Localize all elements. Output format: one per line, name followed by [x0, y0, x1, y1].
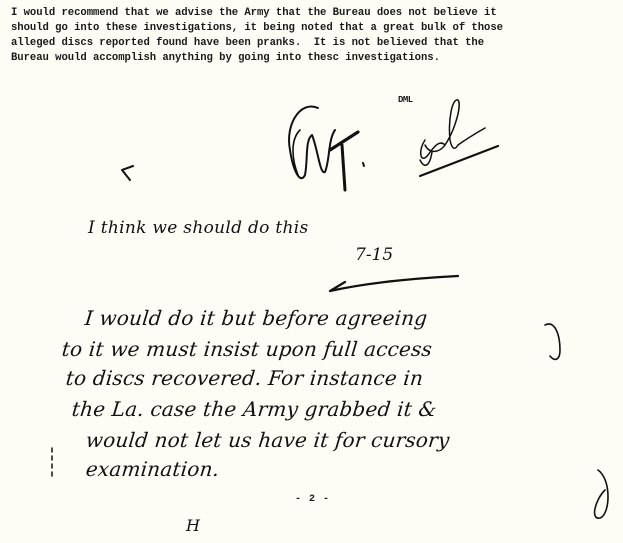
bottom-initial-mark: H [186, 516, 200, 535]
handwritten-note-think: I think we should do this [88, 218, 309, 238]
arrow-icon [330, 276, 458, 291]
handwritten-line: examination. [85, 457, 221, 481]
typed-line: alleged discs reported found have been p… [11, 36, 621, 51]
typed-initials-dml: DML [398, 95, 413, 105]
document-page: I would recommend that we advise the Arm… [0, 0, 623, 543]
handwritten-line: I would do it but before agreeing [84, 306, 429, 330]
typed-line: I would recommend that we advise the Arm… [11, 6, 621, 21]
typed-memo-paragraph: I would recommend that we advise the Arm… [11, 6, 621, 66]
handwritten-line: the La. case the Army grabbed it & [71, 397, 438, 421]
typed-line: Bureau would accomplish anything by goin… [11, 51, 621, 66]
handwritten-line: to discs recovered. For instance in [65, 366, 425, 390]
handwritten-line: would not let us have it for cursory [85, 428, 451, 452]
page-number: - 2 - [295, 494, 330, 505]
typed-line: should go into these investigations, it … [11, 21, 621, 36]
signature-dl [420, 100, 498, 176]
signature-eat [289, 106, 364, 190]
check-mark-icon [122, 166, 133, 180]
handwritten-date: 7-15 [355, 245, 393, 265]
handwritten-line: to it we must insist upon full access [61, 337, 434, 361]
